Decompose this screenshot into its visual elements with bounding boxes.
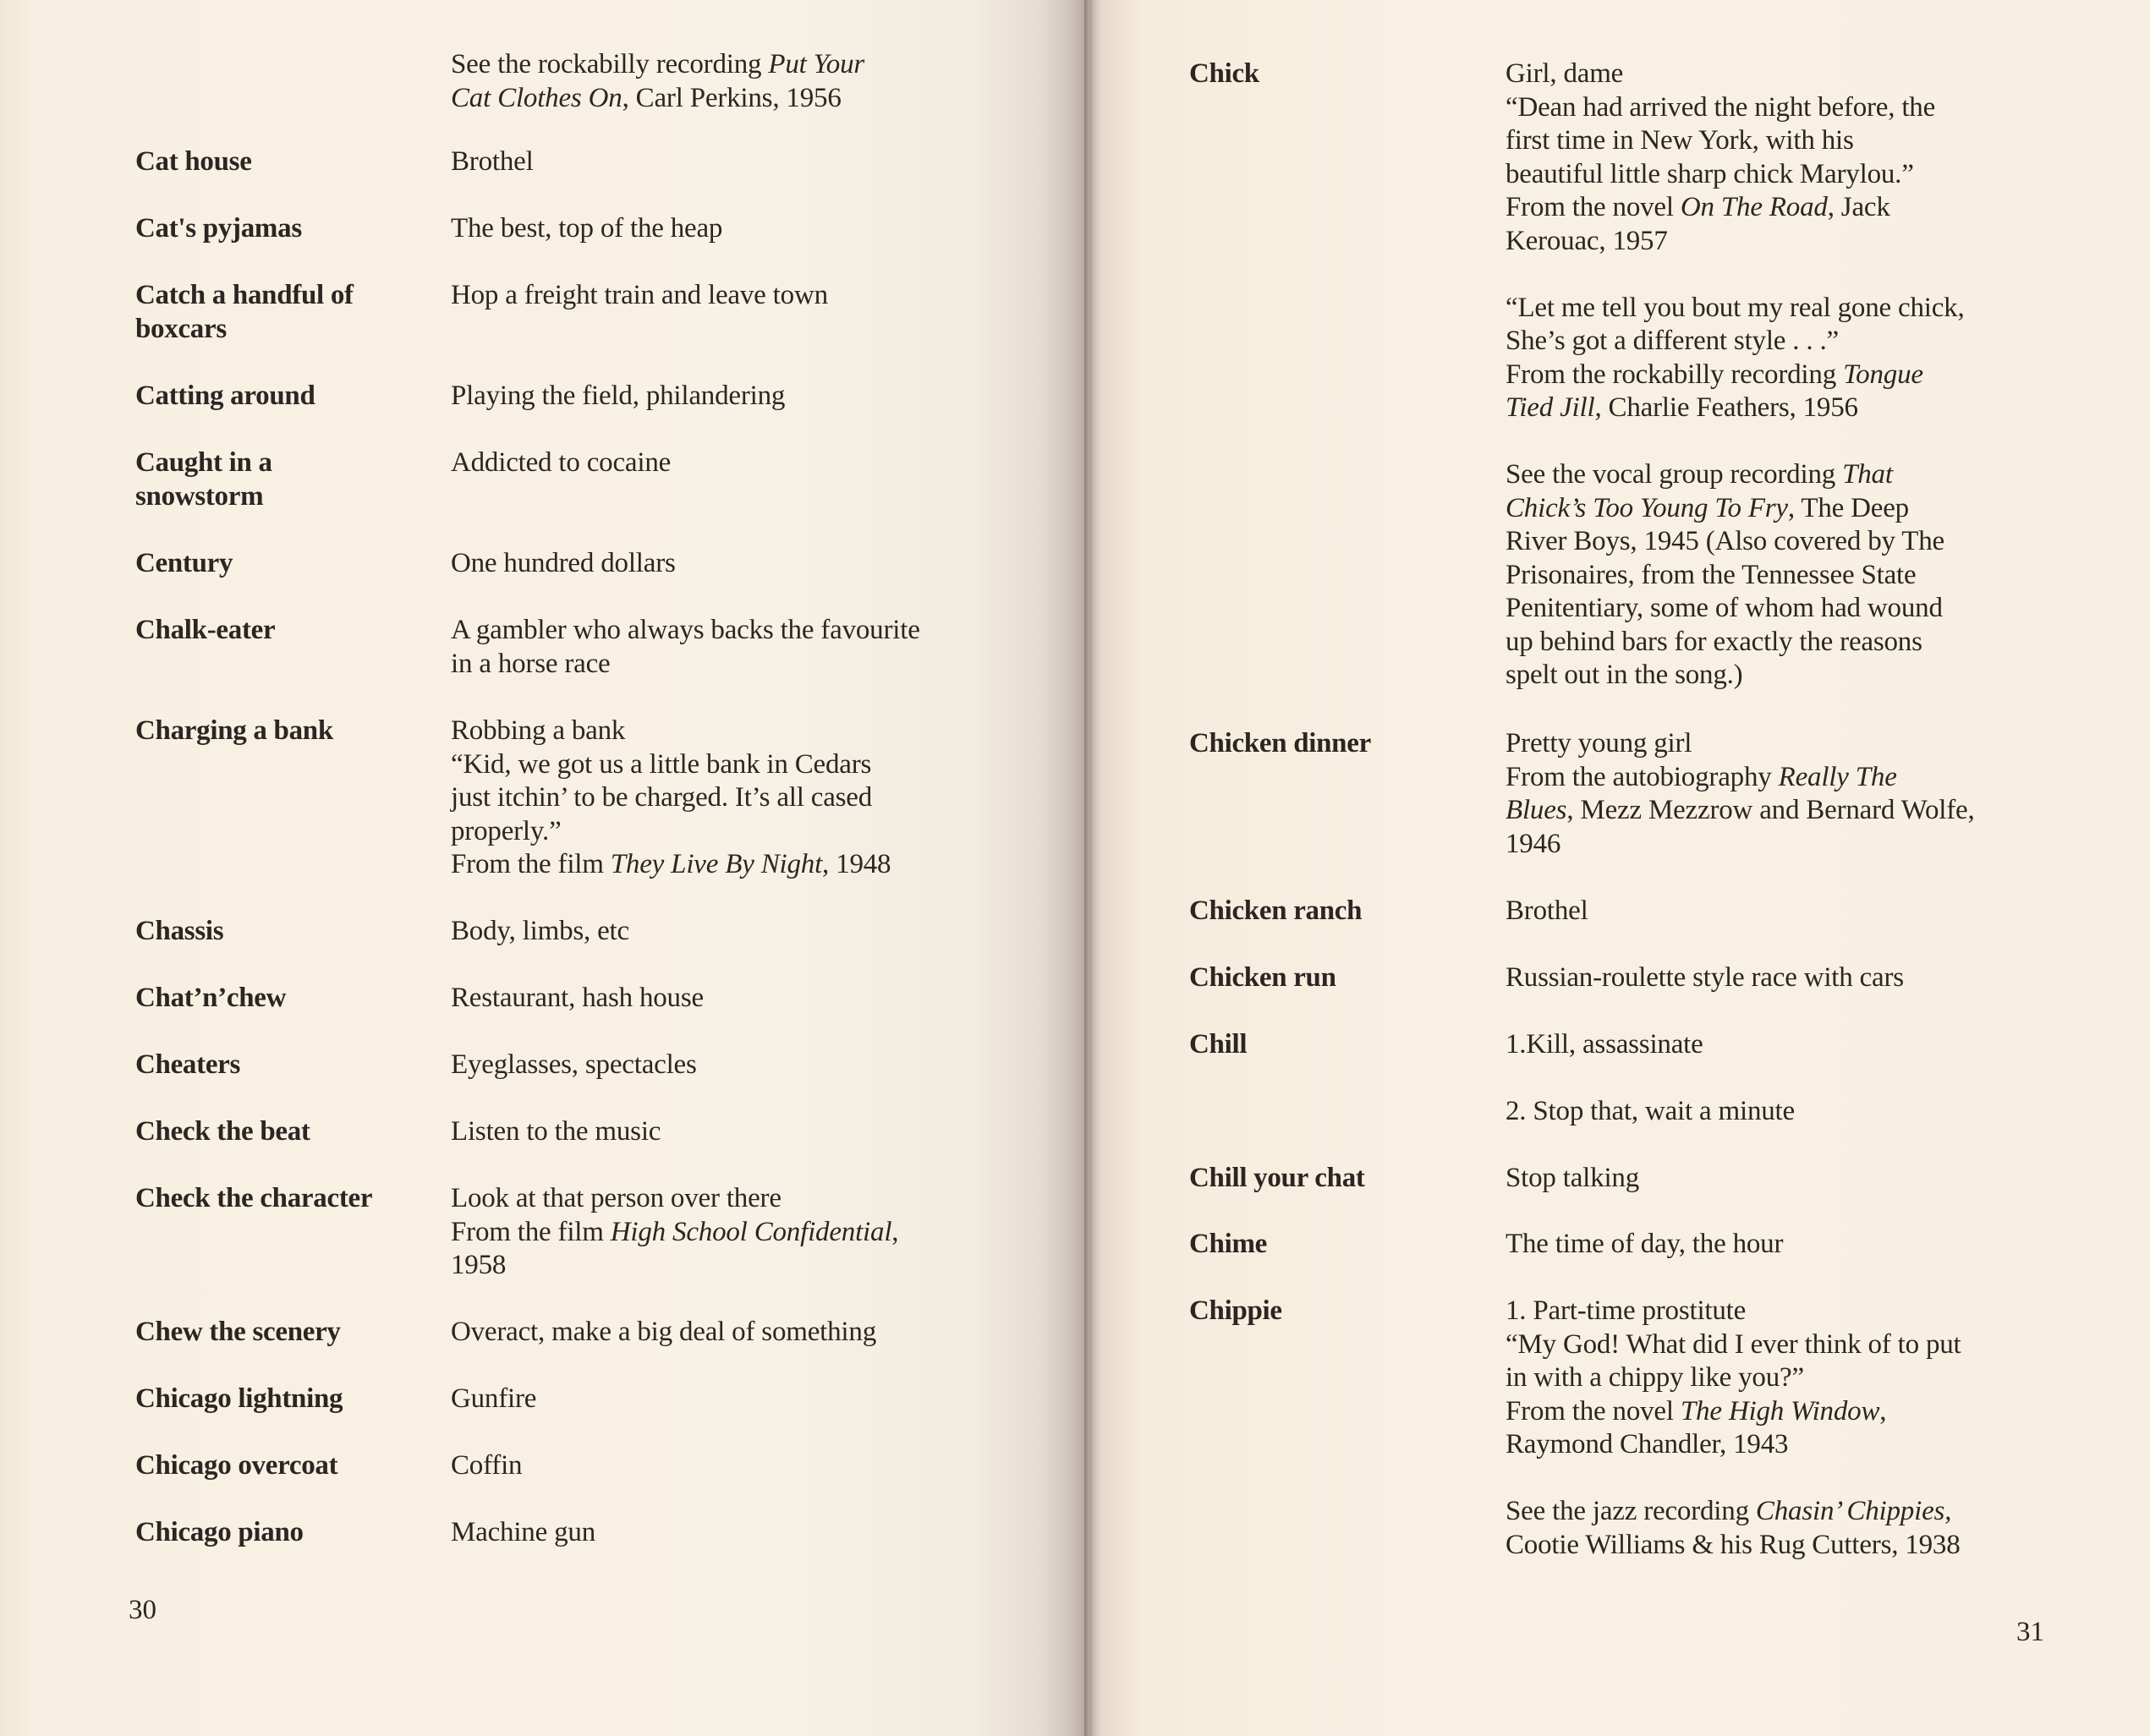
glossary-definition: Eyeglasses, spectacles (451, 1049, 697, 1082)
definition-line: Prisonaires, from the Tennessee State (1506, 559, 1965, 593)
text-run: spelt out in the song.) (1506, 660, 1742, 690)
definition-line: From the film They Live By Night, 1948 (451, 848, 891, 882)
glossary-term: Chicken dinner (1189, 727, 1371, 761)
glossary-term: Check the beat (135, 1115, 310, 1149)
text-run: See the jazz recording (1506, 1496, 1756, 1526)
text-run: 1.Kill, assassinate (1506, 1029, 1703, 1060)
page-number-right: 31 (2016, 1617, 2044, 1648)
italic-title: Tongue (1843, 359, 1923, 390)
glossary-definition: 1. Part-time prostitute“My God! What did… (1506, 1295, 1961, 1562)
term-line: Catch a handful of (135, 279, 354, 313)
text-run: just itchin’ to be charged. It’s all cas… (451, 782, 872, 813)
text-run: “My God! What did I ever think of to put (1506, 1329, 1961, 1360)
term-line: Chat’n’chew (135, 982, 286, 1016)
definition-line: See the rockabilly recording Put Your (451, 48, 864, 82)
text-run: , Jack (1828, 192, 1890, 222)
glossary-term: Chalk-eater (135, 614, 275, 648)
italic-title: That (1842, 459, 1893, 490)
definition-line: See the jazz recording Chasin’ Chippies, (1506, 1495, 1961, 1529)
definition-line: From the novel On The Road, Jack (1506, 191, 1965, 225)
text-run: Addicted to cocaine (451, 447, 671, 478)
book-spread: 30 31 See the rockabilly recording Put Y… (0, 0, 2150, 1736)
glossary-term: Chat’n’chew (135, 982, 286, 1016)
definition-line: Gunfire (451, 1383, 536, 1416)
text-run: in with a chippy like you?” (1506, 1362, 1804, 1393)
text-run: The best, top of the heap (451, 213, 722, 244)
definition-line: up behind bars for exactly the reasons (1506, 626, 1965, 660)
definition-line: first time in New York, with his (1506, 124, 1965, 158)
text-run: Brothel (1506, 895, 1588, 926)
text-run: 2. Stop that, wait a minute (1506, 1096, 1795, 1126)
text-run: Gunfire (451, 1383, 536, 1414)
definition-line: A gambler who always backs the favourite (451, 614, 920, 648)
page-number-left: 30 (129, 1595, 156, 1626)
definition-line: Playing the field, philandering (451, 380, 785, 413)
paragraph-gap (1506, 1462, 1961, 1496)
definition-line: Kerouac, 1957 (1506, 225, 1965, 259)
text-run: From the film (451, 849, 611, 879)
term-line: Chicken run (1189, 961, 1336, 995)
text-run: See the rockabilly recording (451, 49, 768, 79)
glossary-definition: 1.Kill, assassinate2. Stop that, wait a … (1506, 1028, 1795, 1129)
text-run: Kerouac, 1957 (1506, 226, 1668, 256)
italic-title: Blues (1506, 795, 1566, 825)
definition-line: Cootie Williams & his Rug Cutters, 1938 (1506, 1529, 1961, 1563)
glossary-definition: Body, limbs, etc (451, 915, 629, 949)
text-run: From the autobiography (1506, 762, 1779, 792)
definition-line: spelt out in the song.) (1506, 659, 1965, 693)
definition-line: See the vocal group recording That (1506, 458, 1965, 492)
text-run: Robbing a bank (451, 715, 625, 746)
term-line: Chew the scenery (135, 1316, 341, 1350)
italic-title: Cat Clothes On (451, 83, 623, 113)
definition-line: “My God! What did I ever think of to put (1506, 1328, 1961, 1362)
text-run: “Kid, we got us a little bank in Cedars (451, 749, 871, 780)
glossary-term: Cat's pyjamas (135, 212, 302, 246)
text-run: Body, limbs, etc (451, 916, 629, 946)
definition-line: From the film High School Confidential, (451, 1216, 898, 1250)
glossary-definition: Brothel (451, 145, 534, 179)
text-run: Prisonaires, from the Tennessee State (1506, 560, 1916, 590)
glossary-term: Chew the scenery (135, 1316, 341, 1350)
paragraph-gap (1506, 425, 1965, 459)
italic-title: On The Road (1681, 192, 1828, 222)
italic-title: High School Confidential (611, 1217, 892, 1247)
glossary-definition: Machine gun (451, 1516, 595, 1550)
text-run: , 1948 (822, 849, 891, 879)
glossary-term: Check the character (135, 1182, 372, 1216)
definition-line: 2. Stop that, wait a minute (1506, 1095, 1795, 1129)
glossary-term: Chicago lightning (135, 1383, 343, 1416)
term-line: Century (135, 547, 233, 581)
text-run: , Carl Perkins, 1956 (623, 83, 842, 113)
glossary-definition: Hop a freight train and leave town (451, 279, 828, 313)
term-line: snowstorm (135, 480, 272, 514)
text-run: Overact, make a big deal of something (451, 1317, 876, 1347)
text-run: , Charlie Feathers, 1956 (1594, 392, 1857, 423)
text-run: Russian-roulette style race with cars (1506, 962, 1904, 993)
term-line: Chicken dinner (1189, 727, 1371, 761)
definition-line: She’s got a different style . . .” (1506, 325, 1965, 359)
text-run: Look at that person over there (451, 1183, 782, 1213)
glossary-term: Chicago piano (135, 1516, 304, 1550)
glossary-term: Century (135, 547, 233, 581)
definition-line: Brothel (451, 145, 534, 179)
glossary-definition: The time of day, the hour (1506, 1228, 1783, 1262)
glossary-term: Charging a bank (135, 715, 333, 748)
definition-line: Restaurant, hash house (451, 982, 704, 1016)
glossary-term: Catch a handful ofboxcars (135, 279, 354, 346)
paragraph-gap (1506, 258, 1965, 292)
italic-title: Chick’s Too Young To Fry (1506, 493, 1788, 523)
definition-line: just itchin’ to be charged. It’s all cas… (451, 781, 891, 815)
definition-line: 1946 (1506, 828, 1975, 862)
glossary-definition: One hundred dollars (451, 547, 676, 581)
definition-line: Listen to the music (451, 1115, 661, 1149)
definition-line: Machine gun (451, 1516, 595, 1550)
glossary-term: Chill your chat (1189, 1162, 1365, 1196)
text-run: From the film (451, 1217, 611, 1247)
glossary-definition: The best, top of the heap (451, 212, 722, 246)
definition-line: The best, top of the heap (451, 212, 722, 246)
glossary-term: Catting around (135, 380, 315, 413)
text-run: “Dean had arrived the night before, the (1506, 92, 1935, 123)
definition-line: Russian-roulette style race with cars (1506, 961, 1904, 995)
definition-line: Eyeglasses, spectacles (451, 1049, 697, 1082)
definition-line: “Kid, we got us a little bank in Cedars (451, 748, 891, 782)
definition-line: beautiful little sharp chick Marylou.” (1506, 158, 1965, 192)
glossary-definition: Listen to the music (451, 1115, 661, 1149)
glossary-term: Cheaters (135, 1049, 240, 1082)
term-line: Chick (1189, 58, 1259, 91)
definition-line: The time of day, the hour (1506, 1228, 1783, 1262)
glossary-definition: Girl, dame“Dean had arrived the night be… (1506, 58, 1965, 693)
definition-line: Chick’s Too Young To Fry, The Deep (1506, 492, 1965, 526)
definition-line: Coffin (451, 1449, 522, 1483)
definition-line: 1958 (451, 1249, 898, 1283)
term-line: Chill your chat (1189, 1162, 1365, 1196)
glossary-term: Chill (1189, 1028, 1247, 1062)
glossary-term: Chime (1189, 1228, 1267, 1262)
text-run: Girl, dame (1506, 58, 1623, 89)
italic-title: Put Your (768, 49, 864, 79)
text-run: Penitentiary, some of whom had wound (1506, 593, 1943, 623)
glossary-term: Chicken run (1189, 961, 1336, 995)
definition-line: From the rockabilly recording Tongue (1506, 359, 1965, 392)
term-line: Chicago piano (135, 1516, 304, 1550)
glossary-term: Caught in asnowstorm (135, 446, 272, 513)
definition-line: Blues, Mezz Mezzrow and Bernard Wolfe, (1506, 794, 1975, 828)
definition-line: Look at that person over there (451, 1182, 898, 1216)
italic-title: They Live By Night (611, 849, 822, 879)
term-line: Chicago lightning (135, 1383, 343, 1416)
term-line: Chicken ranch (1189, 895, 1362, 928)
italic-title: Really The (1779, 762, 1897, 792)
term-line: boxcars (135, 313, 354, 347)
text-run: up behind bars for exactly the reasons (1506, 627, 1922, 657)
text-run: Cootie Williams & his Rug Cutters, 1938 (1506, 1530, 1961, 1560)
definition-line: Hop a freight train and leave town (451, 279, 828, 313)
definition-line: Raymond Chandler, 1943 (1506, 1428, 1961, 1462)
italic-title: The High Window (1681, 1396, 1879, 1427)
definition-line: Girl, dame (1506, 58, 1965, 91)
glossary-definition: Brothel (1506, 895, 1588, 928)
text-run: Restaurant, hash house (451, 983, 704, 1013)
glossary-definition: Addicted to cocaine (451, 446, 671, 480)
text-run: See the vocal group recording (1506, 459, 1842, 490)
definition-line: From the novel The High Window, (1506, 1395, 1961, 1429)
glossary-definition: Playing the field, philandering (451, 380, 785, 413)
definition-line: properly.” (451, 815, 891, 849)
text-run: Eyeglasses, spectacles (451, 1049, 697, 1080)
text-run: One hundred dollars (451, 548, 676, 578)
definition-line: Brothel (1506, 895, 1588, 928)
text-run: , The Deep (1788, 493, 1909, 523)
text-run: The time of day, the hour (1506, 1229, 1783, 1259)
glossary-definition: Overact, make a big deal of something (451, 1316, 876, 1350)
text-run: “Let me tell you bout my real gone chick… (1506, 293, 1965, 323)
glossary-definition: Coffin (451, 1449, 522, 1483)
book-spine (1089, 0, 1092, 1736)
definition-line: 1. Part-time prostitute (1506, 1295, 1961, 1328)
text-run: Coffin (451, 1450, 522, 1481)
text-run: From the novel (1506, 1396, 1681, 1427)
definition-line: From the autobiography Really The (1506, 761, 1975, 795)
text-run: Listen to the music (451, 1116, 661, 1147)
text-run: 1958 (451, 1250, 506, 1280)
term-line: Chippie (1189, 1295, 1282, 1328)
text-run: in a horse race (451, 649, 610, 679)
definition-line: “Dean had arrived the night before, the (1506, 91, 1965, 125)
definition-line: Pretty young girl (1506, 727, 1975, 761)
definition-line: River Boys, 1945 (Also covered by The (1506, 525, 1965, 559)
term-line: Chill (1189, 1028, 1247, 1062)
text-run: Pretty young girl (1506, 728, 1692, 758)
glossary-definition: Look at that person over thereFrom the f… (451, 1182, 898, 1283)
definition-line: One hundred dollars (451, 547, 676, 581)
definition-line: “Let me tell you bout my real gone chick… (1506, 292, 1965, 326)
glossary-definition: Pretty young girlFrom the autobiography … (1506, 727, 1975, 861)
text-run: Playing the field, philandering (451, 381, 785, 411)
text-run: A gambler who always backs the favourite (451, 615, 920, 645)
text-run: Brothel (451, 146, 534, 177)
glossary-definition: Gunfire (451, 1383, 536, 1416)
text-run: Stop talking (1506, 1163, 1639, 1193)
term-line: Chicago overcoat (135, 1449, 337, 1483)
text-run: Machine gun (451, 1517, 595, 1547)
text-run: From the rockabilly recording (1506, 359, 1843, 390)
glossary-term: Chick (1189, 58, 1259, 91)
glossary-definition: Robbing a bank“Kid, we got us a little b… (451, 715, 891, 882)
term-line: Caught in a (135, 446, 272, 480)
glossary-term: Chicago overcoat (135, 1449, 337, 1483)
glossary-definition: See the rockabilly recording Put YourCat… (451, 48, 864, 115)
text-run: 1946 (1506, 829, 1560, 859)
italic-title: Chasin’ Chippies, (1756, 1496, 1951, 1526)
glossary-term: Chippie (1189, 1295, 1282, 1328)
text-run: properly.” (451, 816, 562, 846)
definition-line: in with a chippy like you?” (1506, 1361, 1961, 1395)
term-line: Chalk-eater (135, 614, 275, 648)
glossary-definition: A gambler who always backs the favourite… (451, 614, 920, 681)
term-line: Chime (1189, 1228, 1267, 1262)
text-run: She’s got a different style . . .” (1506, 326, 1839, 356)
glossary-definition: Stop talking (1506, 1162, 1639, 1196)
text-run: , (1879, 1396, 1886, 1427)
definition-line: in a horse race (451, 648, 920, 682)
definition-line: 1.Kill, assassinate (1506, 1028, 1795, 1062)
italic-title: Tied Jill (1506, 392, 1594, 423)
definition-line: Robbing a bank (451, 715, 891, 748)
definition-line: Body, limbs, etc (451, 915, 629, 949)
term-line: Cat's pyjamas (135, 212, 302, 246)
text-run: 1. Part-time prostitute (1506, 1295, 1746, 1326)
text-run: beautiful little sharp chick Marylou.” (1506, 159, 1914, 189)
glossary-term: Chassis (135, 915, 223, 949)
text-run: River Boys, 1945 (Also covered by The (1506, 526, 1944, 556)
definition-line: Addicted to cocaine (451, 446, 671, 480)
definition-line: Overact, make a big deal of something (451, 1316, 876, 1350)
term-line: Chassis (135, 915, 223, 949)
text-run: From the novel (1506, 192, 1681, 222)
term-line: Check the character (135, 1182, 372, 1216)
glossary-definition: Russian-roulette style race with cars (1506, 961, 1904, 995)
text-run: , (891, 1217, 898, 1247)
glossary-term: Chicken ranch (1189, 895, 1362, 928)
definition-line: Cat Clothes On, Carl Perkins, 1956 (451, 82, 864, 116)
paragraph-gap (1506, 1062, 1795, 1096)
term-line: Charging a bank (135, 715, 333, 748)
term-line: Catting around (135, 380, 315, 413)
text-run: , Mezz Mezzrow and Bernard Wolfe, (1566, 795, 1974, 825)
term-line: Cat house (135, 145, 252, 179)
text-run: Raymond Chandler, 1943 (1506, 1429, 1788, 1459)
definition-line: Penitentiary, some of whom had wound (1506, 592, 1965, 626)
glossary-definition: Restaurant, hash house (451, 982, 704, 1016)
glossary-term: Cat house (135, 145, 252, 179)
text-run: Hop a freight train and leave town (451, 280, 828, 310)
definition-line: Stop talking (1506, 1162, 1639, 1196)
term-line: Cheaters (135, 1049, 240, 1082)
text-run: first time in New York, with his (1506, 125, 1854, 156)
definition-line: Tied Jill, Charlie Feathers, 1956 (1506, 392, 1965, 425)
term-line: Check the beat (135, 1115, 310, 1149)
